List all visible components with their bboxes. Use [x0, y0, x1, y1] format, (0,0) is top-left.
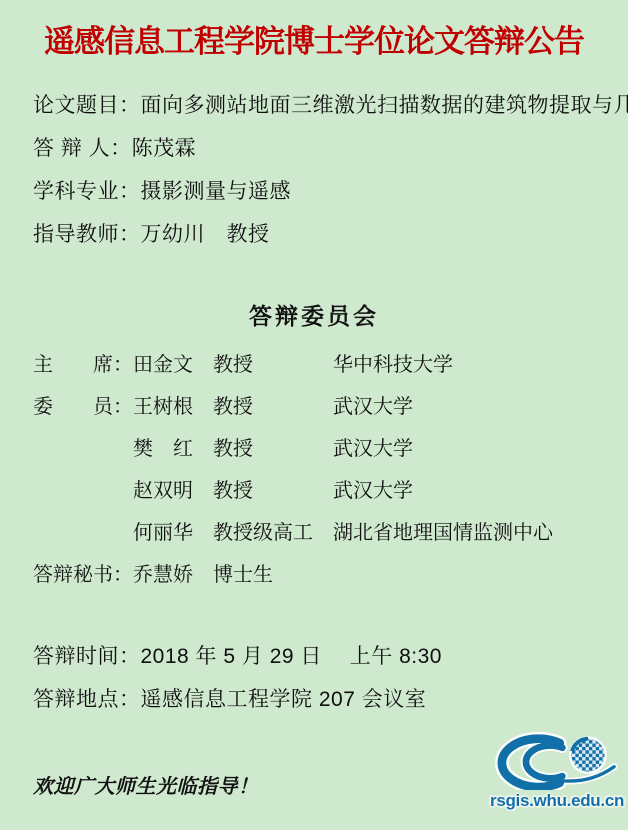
- member-name: 赵双明: [133, 474, 213, 503]
- advisor-value: 万幼川 教授: [141, 223, 270, 246]
- member-title: 教授: [213, 432, 333, 461]
- welcome-message: 欢迎广大师生光临指导！: [33, 770, 259, 799]
- candidate-value: 陈茂霖: [132, 137, 197, 160]
- thesis-title-value: 面向多测站地面三维激光扫描数据的建筑物提取与几何重构: [141, 94, 628, 117]
- member-role: 主 席：: [33, 348, 133, 377]
- member-role: 答辩秘书：: [33, 558, 133, 587]
- committee-row: 委 员： 王树根 教授 武汉大学: [33, 383, 620, 425]
- member-title: 博士生: [213, 558, 333, 587]
- defense-location-line: 答辩地点：遥感信息工程学院 207 会议室: [33, 688, 620, 712]
- committee-row: 赵双明 教授 武汉大学: [33, 467, 620, 509]
- committee-table: 主 席： 田金文 教授 华中科技大学 委 员： 王树根 教授 武汉大学 樊 红 …: [33, 341, 620, 593]
- thesis-title-line: 论文题目：面向多测站地面三维激光扫描数据的建筑物提取与几何重构: [33, 94, 620, 117]
- page-title: 遥感信息工程学院博士学位论文答辩公告: [0, 20, 628, 64]
- member-name: 何丽华: [133, 516, 213, 545]
- defense-time-value: 2018 年 5 月 29 日 上午 8:30: [141, 645, 442, 668]
- committee-row: 樊 红 教授 武汉大学: [33, 425, 620, 467]
- advisor-line: 指导教师：万幼川 教授: [33, 223, 620, 246]
- major-value: 摄影测量与遥感: [141, 180, 292, 203]
- member-role: 委 员：: [33, 390, 133, 419]
- committee-heading: 答辩委员会: [0, 298, 628, 331]
- schedule-section: 答辩时间：2018 年 5 月 29 日 上午 8:30 答辩地点：遥感信息工程…: [33, 645, 620, 731]
- defense-location-value: 遥感信息工程学院 207 会议室: [141, 688, 427, 711]
- member-org: 华中科技大学: [333, 348, 620, 377]
- major-label: 学科专业：: [33, 180, 141, 203]
- info-section: 论文题目：面向多测站地面三维激光扫描数据的建筑物提取与几何重构 答 辩 人：陈茂…: [33, 94, 620, 266]
- logo-url-text: rsgis.whu.edu.cn: [490, 791, 624, 811]
- whu-rsgis-logo-icon: [492, 730, 622, 790]
- member-org: 武汉大学: [333, 390, 620, 419]
- member-title: 教授级高工: [213, 516, 333, 545]
- member-org: 武汉大学: [333, 432, 620, 461]
- member-title: 教授: [213, 474, 333, 503]
- member-title: 教授: [213, 348, 333, 377]
- major-line: 学科专业：摄影测量与遥感: [33, 180, 620, 203]
- committee-row-secretary: 答辩秘书： 乔慧娇 博士生: [33, 551, 620, 593]
- advisor-label: 指导教师：: [33, 223, 141, 246]
- thesis-title-label: 论文题目：: [33, 94, 141, 117]
- member-org: 武汉大学: [333, 474, 620, 503]
- member-name: 乔慧娇: [133, 558, 213, 587]
- member-name: 王树根: [133, 390, 213, 419]
- committee-row-chair: 主 席： 田金文 教授 华中科技大学: [33, 341, 620, 383]
- defense-location-label: 答辩地点：: [33, 688, 141, 711]
- member-org: 湖北省地理国情监测中心: [333, 516, 620, 545]
- defense-time-line: 答辩时间：2018 年 5 月 29 日 上午 8:30: [33, 645, 620, 669]
- member-title: 教授: [213, 390, 333, 419]
- member-name: 樊 红: [133, 432, 213, 461]
- candidate-label: 答 辩 人：: [33, 137, 132, 160]
- logo-area: rsgis.whu.edu.cn: [490, 730, 624, 811]
- candidate-line: 答 辩 人：陈茂霖: [33, 137, 620, 160]
- defense-announcement-poster: 遥感信息工程学院博士学位论文答辩公告 论文题目：面向多测站地面三维激光扫描数据的…: [0, 0, 628, 830]
- committee-row: 何丽华 教授级高工 湖北省地理国情监测中心: [33, 509, 620, 551]
- defense-time-label: 答辩时间：: [33, 645, 141, 668]
- member-name: 田金文: [133, 348, 213, 377]
